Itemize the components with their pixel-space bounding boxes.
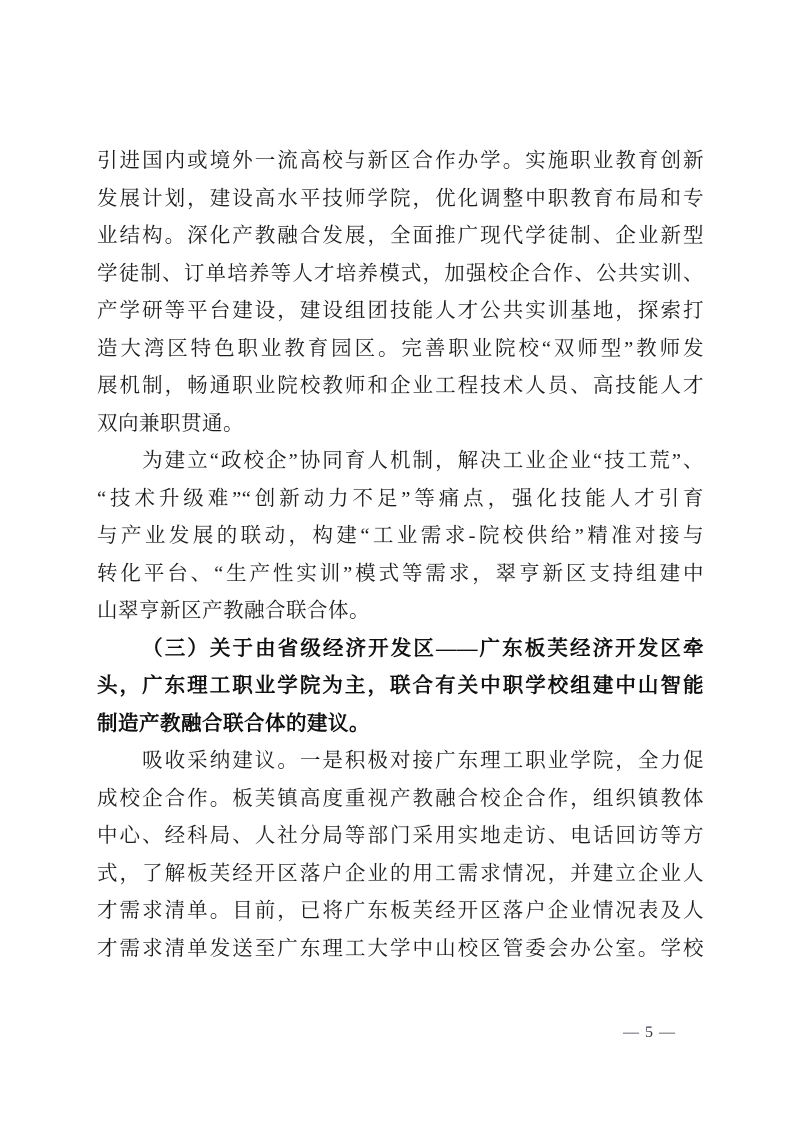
text-line: 才需求清单发送至广东理工大学中山校区管委会办公室。学校 [97,931,704,969]
text-line: 造大湾区特色职业教育园区。完善职业院校“双师型”教师发 [97,331,704,369]
text-line: 山翠亨新区产教融合联合体。 [97,593,704,631]
document-body: 引进国内或境外一流高校与新区合作办学。实施职业教育创新发展计划，建设高水平技师学… [97,143,704,968]
text-line: 发展计划，建设高水平技师学院，优化调整中职教育布局和专 [97,181,704,219]
heading-paragraph: （三）关于由省级经济开发区——广东板芙经济开发区牵头，广东理工职业学院为主，联合… [97,631,704,744]
text-line: 吸收采纳建议。一是积极对接广东理工职业学院，全力促 [97,743,704,781]
text-line: 成校企合作。板芙镇高度重视产教融合校企合作，组织镇教体 [97,781,704,819]
text-line: 学徒制、订单培养等人才培养模式，加强校企合作、公共实训、 [97,256,704,294]
body-paragraph: 为建立“政校企”协同育人机制，解决工业企业“技工荒”、“技术升级难”“创新动力不… [97,443,704,631]
text-line: 业结构。深化产教融合发展，全面推广现代学徒制、企业新型 [97,218,704,256]
text-line: 展机制，畅通职业院校教师和企业工程技术人员、高技能人才 [97,368,704,406]
text-line: 与产业发展的联动，构建“工业需求-院校供给”精准对接与 [97,518,704,556]
text-line: 中心、经科局、人社分局等部门采用实地走访、电话回访等方 [97,818,704,856]
text-line: 制造产教融合联合体的建议。 [97,706,704,744]
body-paragraph: 吸收采纳建议。一是积极对接广东理工职业学院，全力促成校企合作。板芙镇高度重视产教… [97,743,704,968]
text-line: 转化平台、“生产性实训”模式等需求，翠亨新区支持组建中 [97,556,704,594]
text-line: 为建立“政校企”协同育人机制，解决工业企业“技工荒”、 [97,443,704,481]
text-line: 式，了解板芙经开区落户企业的用工需求情况，并建立企业人 [97,856,704,894]
text-line: 引进国内或境外一流高校与新区合作办学。实施职业教育创新 [97,143,704,181]
text-line: （三）关于由省级经济开发区——广东板芙经济开发区牵 [97,631,704,669]
text-line: “技术升级难”“创新动力不足”等痛点，强化技能人才引育 [97,481,704,519]
body-paragraph: 引进国内或境外一流高校与新区合作办学。实施职业教育创新发展计划，建设高水平技师学… [97,143,704,443]
text-line: 产学研等平台建设，建设组团技能人才公共实训基地，探索打 [97,293,704,331]
text-line: 才需求清单。目前，已将广东板芙经开区落户企业情况表及人 [97,893,704,931]
page-number: — 5 — [623,1022,676,1044]
document-page: 引进国内或境外一流高校与新区合作办学。实施职业教育创新发展计划，建设高水平技师学… [0,0,800,1131]
text-line: 头，广东理工职业学院为主，联合有关中职学校组建中山智能 [97,668,704,706]
text-line: 双向兼职贯通。 [97,406,704,444]
